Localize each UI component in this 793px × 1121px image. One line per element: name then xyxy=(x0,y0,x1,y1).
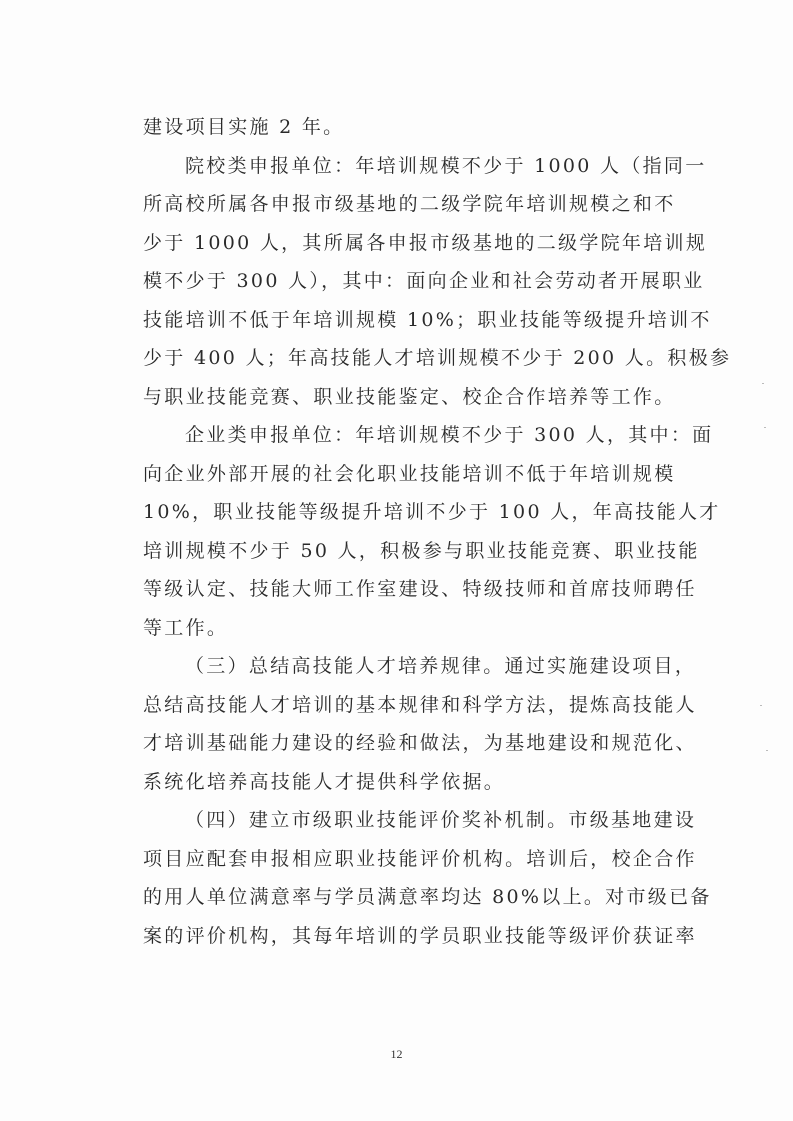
text-line: 案的评价机构，其每年培训的学员职业技能等级评价获证率 xyxy=(143,917,668,956)
text-line: 向企业外部开展的社会化职业技能培训不低于年培训规模 xyxy=(143,455,668,494)
text-line: 10%，职业技能等级提升培训不少于 100 人，年高技能人才 xyxy=(143,493,668,532)
scan-speck xyxy=(762,383,764,384)
text-line: 项目应配套申报相应职业技能评价机构。培训后，校企合作 xyxy=(143,840,668,879)
text-line: 企业类申报单位：年培训规模不少于 300 人，其中：面 xyxy=(143,416,668,455)
text-line: 建设项目实施 2 年。 xyxy=(143,108,668,147)
scan-speck xyxy=(766,750,768,751)
text-line: 技能培训不低于年培训规模 10%；职业技能等级提升培训不 xyxy=(143,301,668,340)
scan-speck xyxy=(150,857,152,858)
text-line: 所高校所属各申报市级基地的二级学院年培训规模之和不 xyxy=(143,185,668,224)
text-line: 总结高技能人才培训的基本规律和科学方法，提炼高技能人 xyxy=(143,686,668,725)
text-line: 模不少于 300 人），其中：面向企业和社会劳动者开展职业 xyxy=(143,262,668,301)
text-line: 少于 1000 人，其所属各申报市级基地的二级学院年培训规 xyxy=(143,224,668,263)
scan-speck xyxy=(760,705,762,706)
text-line: 系统化培养高技能人才提供科学依据。 xyxy=(143,763,668,802)
page-number: 12 xyxy=(0,1047,793,1062)
text-line: （四）建立市级职业技能评价奖补机制。市级基地建设 xyxy=(143,801,668,840)
text-line: 等工作。 xyxy=(143,609,668,648)
text-line: 才培训基础能力建设的经验和做法，为基地建设和规范化、 xyxy=(143,724,668,763)
body-text: 建设项目实施 2 年。 院校类申报单位：年培训规模不少于 1000 人（指同一 … xyxy=(143,108,668,955)
text-line: 与职业技能竞赛、职业技能鉴定、校企合作培养等工作。 xyxy=(143,378,668,417)
document-page: 建设项目实施 2 年。 院校类申报单位：年培训规模不少于 1000 人（指同一 … xyxy=(0,0,793,1121)
text-line: （三）总结高技能人才培养规律。通过实施建设项目， xyxy=(143,647,668,686)
text-line: 少于 400 人；年高技能人才培训规模不少于 200 人。积极参 xyxy=(143,339,668,378)
text-line: 培训规模不少于 50 人，积极参与职业技能竞赛、职业技能 xyxy=(143,532,668,571)
text-line: 的用人单位满意率与学员满意率均达 80%以上。对市级已备 xyxy=(143,878,668,917)
text-line: 院校类申报单位：年培训规模不少于 1000 人（指同一 xyxy=(143,147,668,186)
text-line: 等级认定、技能大师工作室建设、特级技师和首席技师聘任 xyxy=(143,570,668,609)
scan-speck xyxy=(764,427,766,428)
